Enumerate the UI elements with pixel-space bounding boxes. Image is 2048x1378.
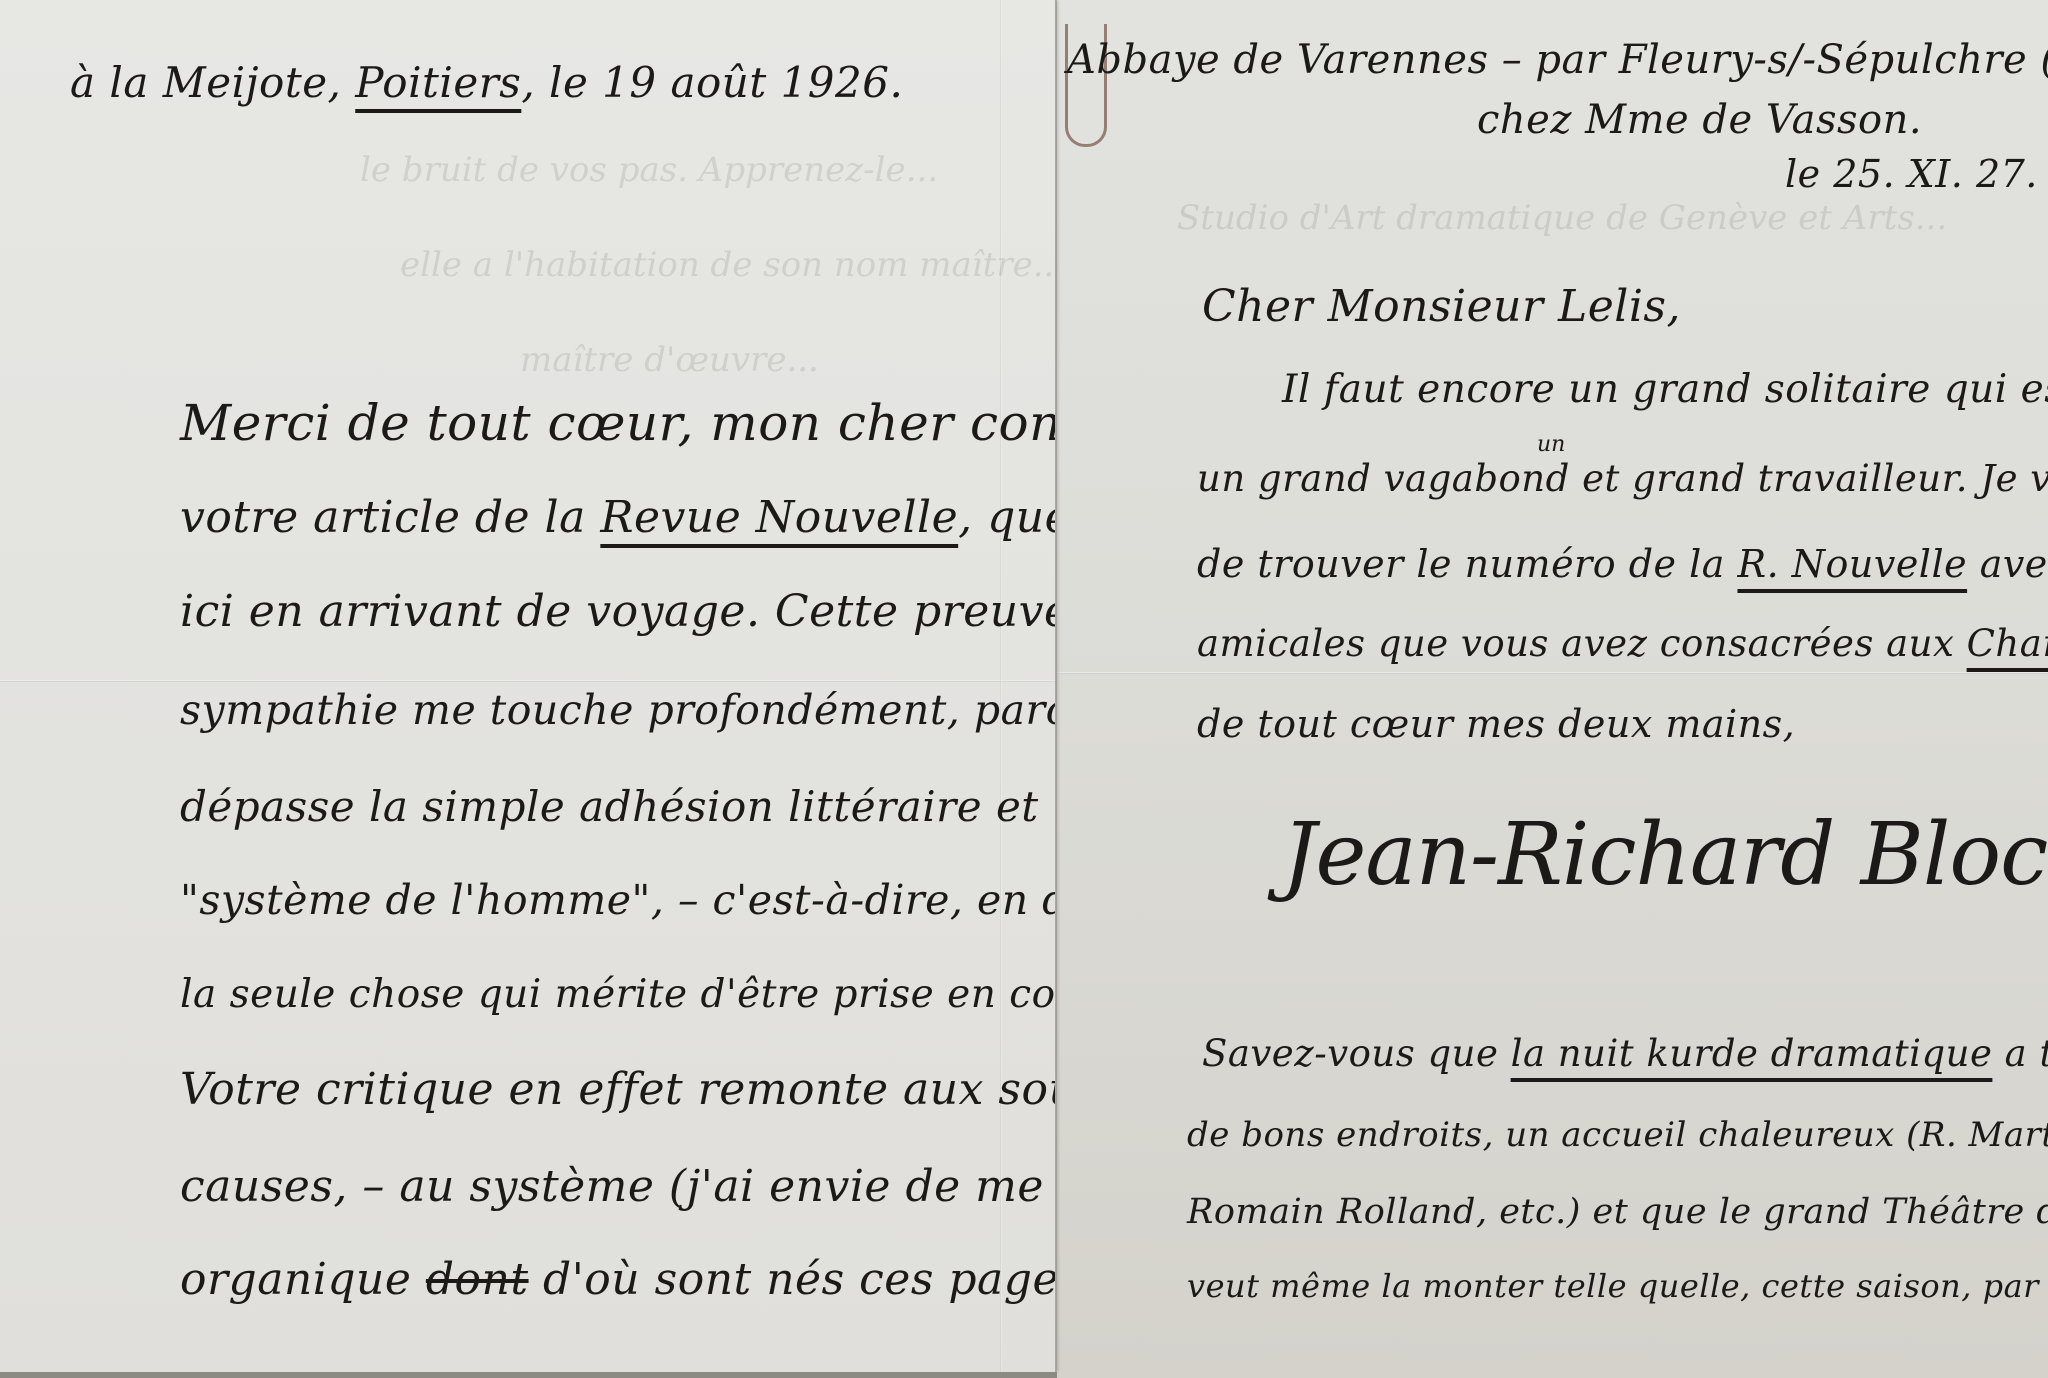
inserted-word: un xyxy=(1537,432,1565,457)
postscript-line: Romain Rolland, etc.) et que le grand Th… xyxy=(1187,1195,2048,1230)
play-title: la nuit kurde dramatique xyxy=(1511,1032,1993,1075)
show-through-text: le bruit de vos pas. Apprenez-le... xyxy=(360,150,938,190)
letter-body-line: amicales que vous avez consacrées aux Ch… xyxy=(1197,625,2048,662)
show-through-text: maître d'œuvre... xyxy=(520,340,819,380)
fold-line-horizontal xyxy=(1057,672,2048,674)
postscript-line: de bons endroits, un accueil chaleureux … xyxy=(1187,1118,2048,1152)
letter-body-line: un grand vagabond et grand travailleur. … xyxy=(1197,460,2048,497)
letter-date: le 25. XI. 27. xyxy=(1785,155,2038,193)
letter-left-sheet: le bruit de vos pas. Apprenez-le... elle… xyxy=(0,0,1056,1372)
letter-body-line: Merci de tout cœur, mon cher confrère, p… xyxy=(180,398,1056,448)
salutation: Cher Monsieur Lelis, xyxy=(1202,285,1681,329)
header-place: à la Meijote, xyxy=(70,58,355,107)
fold-line-horizontal xyxy=(0,680,1055,682)
letter-body-line: dépasse la simple adhésion littéraire et… xyxy=(180,786,1056,828)
letter-body-line: organique dont d'où sont nés ces pages q… xyxy=(180,1258,1056,1302)
signature: Jean-Richard Bloch. xyxy=(1282,805,2048,905)
address-line-2: chez Mme de Vasson. xyxy=(1477,100,1922,140)
postscript-line: Savez-vous que la nuit kurde dramatique … xyxy=(1202,1035,2048,1072)
letter-body-line: de trouver le numéro de la R. Nouvelle a… xyxy=(1197,545,2048,583)
letter-body-line: de tout cœur mes deux mains, xyxy=(1197,705,1795,743)
letter-body-line: ici en arrivant de voyage. Cette preuve … xyxy=(180,590,1056,634)
letter-body-line: la seule chose qui mérite d'être prise e… xyxy=(180,975,1056,1014)
publication-title: Revue Nouvelle xyxy=(600,492,958,543)
letter-body-line: Il faut encore un grand solitaire qui es… xyxy=(1282,370,2048,409)
postscript-line: veut même la monter telle quelle, cette … xyxy=(1187,1270,2048,1302)
show-through-text: Studio d'Art dramatique de Genève et Art… xyxy=(1177,198,1947,238)
book-title: Chams xyxy=(1967,622,2048,665)
letter-header: à la Meijote, Poitiers, le 19 août 1926. xyxy=(70,62,903,104)
publication-title: R. Nouvelle xyxy=(1737,542,1967,586)
header-city: Poitiers xyxy=(355,58,521,107)
letter-right-sheet: Studio d'Art dramatique de Genève et Art… xyxy=(1057,0,2048,1378)
address-line-1: Abbaye de Varennes – par Fleury-s/-Sépul… xyxy=(1067,40,2048,80)
letter-body-line: votre article de la Revue Nouvelle, que … xyxy=(180,496,1056,540)
letter-body-line: sympathie me touche profondément, parce … xyxy=(180,690,1056,731)
header-date: , le 19 août 1926. xyxy=(521,58,903,107)
letter-body-line: "système de l'homme", – c'est-à-dire, en… xyxy=(180,880,1056,921)
letter-body-line: Votre critique en effet remonte aux sour… xyxy=(180,1068,1056,1112)
struck-word: dont xyxy=(426,1254,529,1305)
letter-body-line: causes, – au système (j'ai envie de me r… xyxy=(180,1165,1056,1209)
show-through-text: elle a l'habitation de son nom maître... xyxy=(400,245,1056,285)
page-edge-shadow xyxy=(0,1372,1057,1378)
